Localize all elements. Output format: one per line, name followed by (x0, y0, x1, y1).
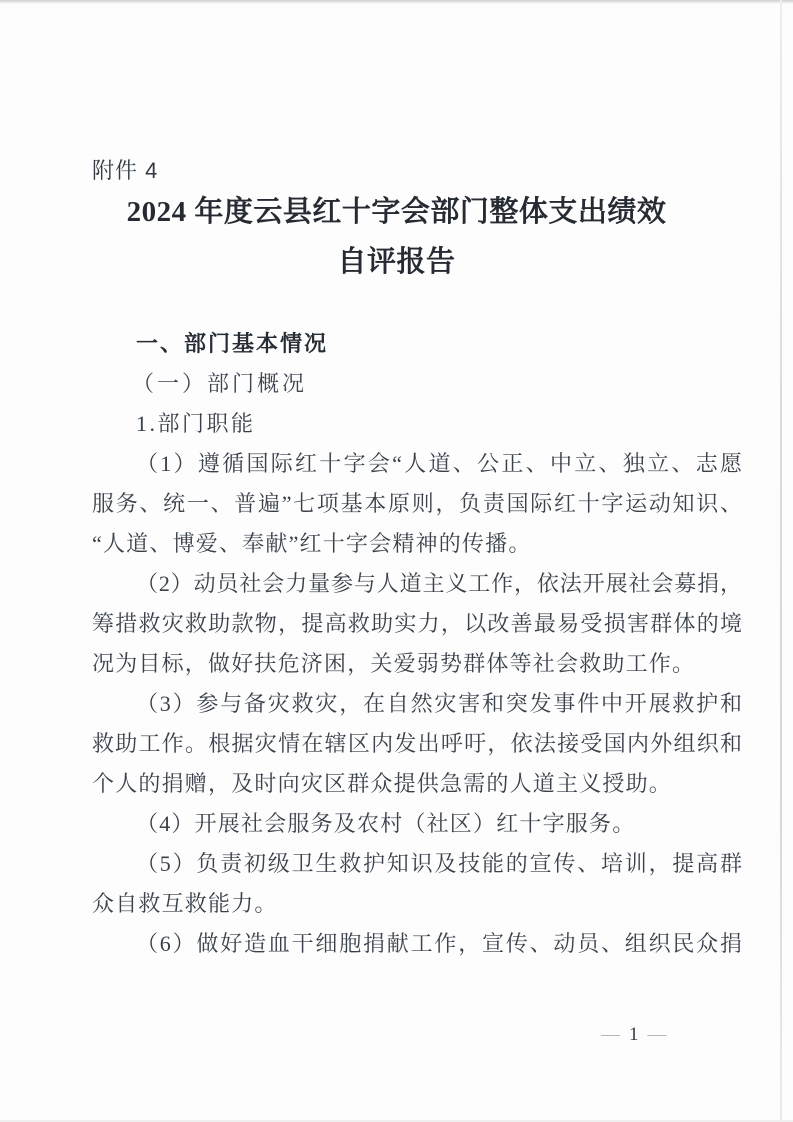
page-number: 1 (625, 1022, 643, 1048)
paragraph-2-line-1: （2）动员社会力量参与人道主义工作，依法开展社会募捐， (92, 564, 742, 604)
document-title-line1: 2024 年度云县红十字会部门整体支出绩效 (0, 187, 793, 237)
footer-dash-right: — (643, 1022, 672, 1048)
paragraph-2-line-3: 况为目标，做好扶危济困，关爱弱势群体等社会救助工作。 (92, 644, 742, 684)
paragraph-2-line-2: 筹措救灾救助款物，提高救助实力，以改善最易受损害群体的境 (92, 604, 742, 644)
paragraph-1-line-3: “人道、博爱、奉献”红十字会精神的传播。 (92, 524, 742, 564)
attachment-label: 附件 4 (92, 157, 158, 185)
page-footer: — 1 — (596, 1022, 672, 1048)
section-heading: 一、部门基本情况 (92, 324, 742, 364)
document-title-line2: 自评报告 (0, 237, 793, 287)
document-body: 一、部门基本情况 （一）部门概况 1.部门职能 （1）遵循国际红十字会“人道、公… (92, 324, 742, 964)
document-title: 2024 年度云县红十字会部门整体支出绩效 自评报告 (0, 187, 793, 287)
subsection-heading: （一）部门概况 (92, 364, 742, 404)
item-heading: 1.部门职能 (92, 404, 742, 444)
footer-dash-left: — (596, 1022, 625, 1048)
paragraph-3-line-3: 个人的捐赠，及时向灾区群众提供急需的人道主义授助。 (92, 764, 742, 804)
paragraph-3-line-2: 救助工作。根据灾情在辖区内发出呼吁，依法接受国内外组织和 (92, 724, 742, 764)
paragraph-1-line-2: 服务、统一、普遍”七项基本原则，负责国际红十字运动知识、 (92, 484, 742, 524)
paragraph-4-line-1: （4）开展社会服务及农村（社区）红十字服务。 (92, 804, 742, 844)
scan-artifact-right-line (780, 0, 782, 1122)
paragraph-3-line-1: （3）参与备灾救灾，在自然灾害和突发事件中开展救护和 (92, 684, 742, 724)
paragraph-6-line-1: （6）做好造血干细胞捐献工作，宣传、动员、组织民众捐 (92, 924, 742, 964)
scan-artifact-top-edge (0, 0, 793, 4)
document-page: 附件 4 2024 年度云县红十字会部门整体支出绩效 自评报告 一、部门基本情况… (0, 0, 793, 1122)
paragraph-5-line-1: （5）负责初级卫生救护知识及技能的宣传、培训，提高群 (92, 844, 742, 884)
paragraph-1-line-1: （1）遵循国际红十字会“人道、公正、中立、独立、志愿 (92, 444, 742, 484)
paragraph-5-line-2: 众自救互救能力。 (92, 884, 742, 924)
